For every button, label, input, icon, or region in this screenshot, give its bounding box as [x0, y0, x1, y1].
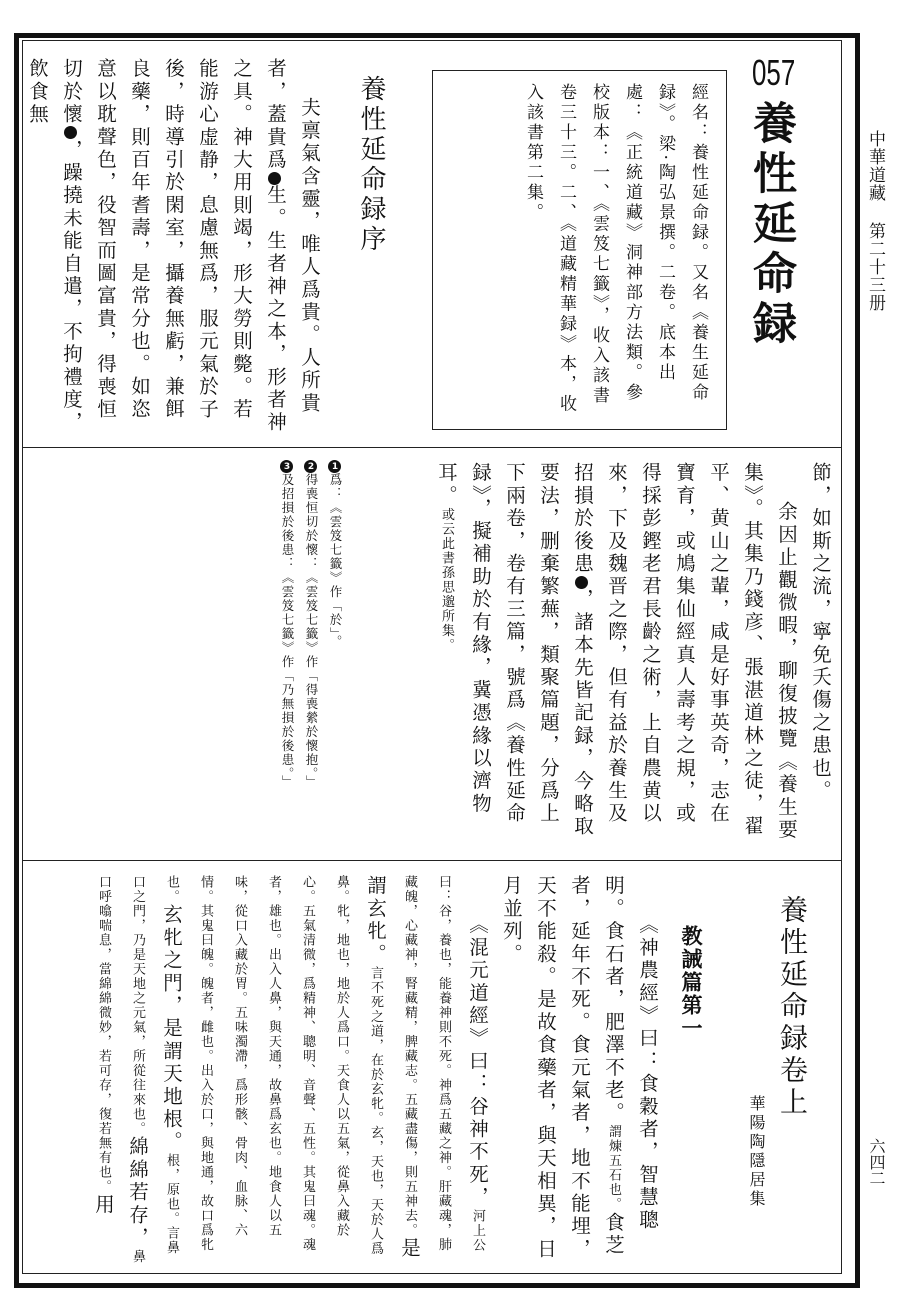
preface-body-upper: 夫禀氣含靈，唯人爲貴。人所貴者，蓋貴爲1生。生者神之本，形者神之具。神大用則竭，…	[36, 58, 326, 443]
preface-body-middle: 節，如斯之流，寧免夭傷之患也。 余因止觀微暇，聊復披覽《養生要集》。其集乃錢彦、…	[432, 462, 837, 847]
entry-number: 057	[752, 55, 784, 91]
preface-title: 養性延命録序	[350, 75, 390, 255]
footnote-1: 1爲：《雲笈七籤》作「於」。	[323, 460, 347, 820]
chapter-paragraph-2: 《混元道經》曰：谷神不死，河上公曰：谷，養也，能養神則不死。神爲五藏之神。肝藏魂…	[86, 875, 494, 1265]
chapter-paragraph-1: 《神農經》曰：食穀者，智慧聰明。食石者，肥澤不老。謂煉五石也。食芝者，延年不死。…	[494, 875, 664, 1265]
metadata-box: 經名：養性延命録。又名《養生延命録》。梁·陶弘景撰。二卷。底本出處：《正統道藏》…	[432, 70, 727, 430]
section-divider-lower	[22, 860, 842, 861]
footnotes: 1爲：《雲笈七籤》作「於」。 2得喪恒切於懷：《雲笈七籤》作「得喪縈於懷抱。」 …	[275, 460, 347, 820]
chapter-title: 教誡篇第一	[672, 925, 706, 1040]
metadata-text: 經名：養性延命録。又名《養生延命録》。梁·陶弘景撰。二卷。底本出處：《正統道藏》…	[516, 83, 714, 421]
preface-paragraph-1: 夫禀氣含靈，唯人爲貴。人所貴者，蓋貴爲1生。生者神之本，形者神之具。神大用則竭，…	[20, 58, 326, 443]
footnote-marker-3[interactable]: 3	[575, 576, 588, 589]
author-line: 華陽陶隱居集	[742, 1095, 768, 1209]
volume-label: 第二十三册	[863, 222, 888, 312]
preface-inline-note: 或云此書孫思邈所集。	[439, 507, 454, 652]
inline-commentary: 謂煉五石也。	[606, 1125, 621, 1212]
footnote-marker-2[interactable]: 2	[64, 126, 77, 139]
juan-title: 養性延命録卷上	[772, 895, 812, 1119]
preface-paragraph-1-end: 節，如斯之流，寧免夭傷之患也。	[803, 462, 837, 847]
footnote-marker-1[interactable]: 1	[268, 172, 281, 185]
footnote-3: 3及招損於後患：《雲笈七籤》作「乃無損於後患。」	[275, 460, 299, 820]
entry-title: 養性延命録	[752, 100, 802, 350]
section-divider-upper	[22, 447, 842, 448]
chapter-body: 《神農經》曰：食穀者，智慧聰明。食石者，肥澤不老。謂煉五石也。食芝者，延年不死。…	[36, 875, 664, 1265]
running-header: 中華道藏 第二十三册	[858, 130, 888, 312]
footnote-2: 2得喪恒切於懷：《雲笈七籤》作「得喪縈於懷抱。」	[299, 460, 323, 820]
page-number: 六四二	[858, 1138, 888, 1186]
inline-commentary: 言不死之道，在於玄牝。玄，天也，天於人爲鼻。牝，地也，地於人爲口。天食人以五氣，…	[164, 875, 383, 1256]
preface-paragraph-2: 余因止觀微暇，聊復披覽《養生要集》。其集乃錢彦、張湛道林之徒，翟平、黄山之輩，咸…	[429, 462, 803, 847]
collection-name: 中華道藏	[863, 130, 888, 202]
